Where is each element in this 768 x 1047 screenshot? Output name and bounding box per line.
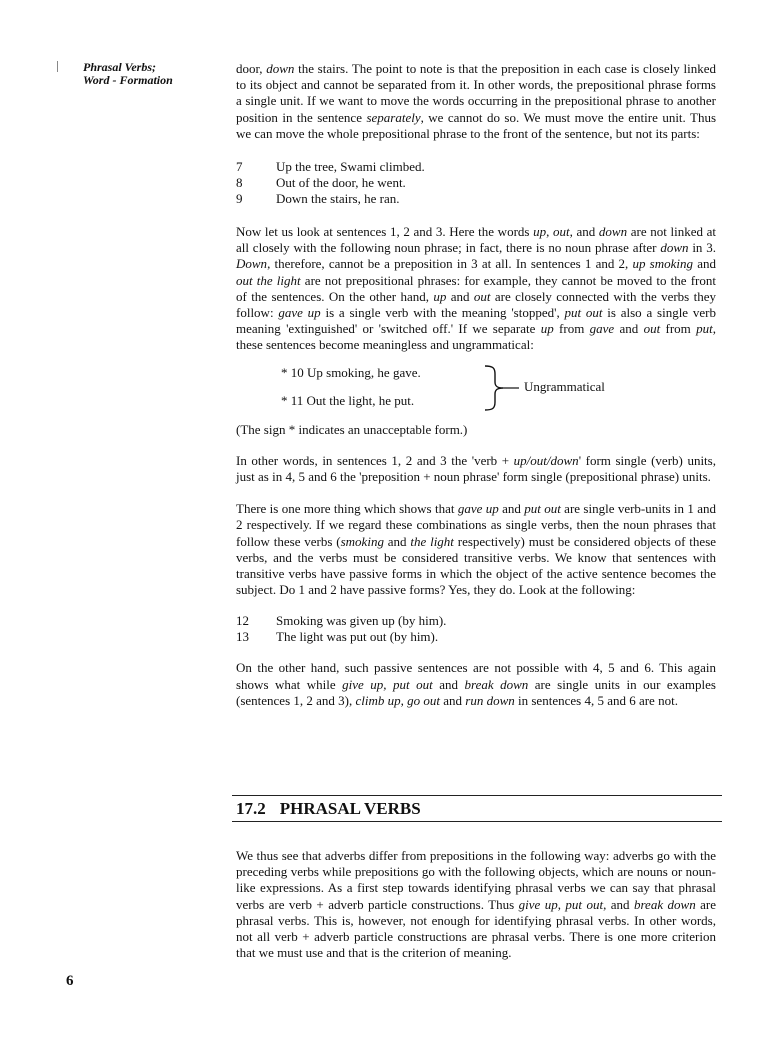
margin-mark bbox=[57, 61, 58, 72]
section-heading: 17.2PHRASAL VERBS bbox=[232, 795, 722, 822]
ungrammatical-examples: * 10 Up smoking, he gave. * 11 Out the l… bbox=[281, 360, 716, 414]
example-item: 9Down the stairs, he ran. bbox=[236, 191, 716, 207]
example-item: 8Out of the door, he went. bbox=[236, 175, 716, 191]
example-list-7-9: 7Up the tree, Swami climbed. 8Out of the… bbox=[236, 159, 716, 207]
ungrammatical-label: Ungrammatical bbox=[524, 379, 605, 395]
running-head-line2: Word - Formation bbox=[83, 74, 173, 87]
paragraph-transitive: There is one more thing which shows that… bbox=[236, 501, 716, 598]
running-head: Phrasal Verbs; Word - Formation bbox=[83, 61, 173, 87]
section-body: We thus see that adverbs differ from pre… bbox=[236, 848, 716, 961]
page-number: 6 bbox=[66, 973, 74, 990]
paragraph-phrasal-verbs: We thus see that adverbs differ from pre… bbox=[236, 848, 716, 961]
section-number: 17.2 bbox=[236, 799, 266, 818]
example-item: 7Up the tree, Swami climbed. bbox=[236, 159, 716, 175]
asterisk-note: (The sign * indicates an unacceptable fo… bbox=[236, 422, 716, 438]
example-list-12-13: 12Smoking was given up (by him). 13The l… bbox=[236, 613, 716, 645]
example-item: 12Smoking was given up (by him). bbox=[236, 613, 716, 629]
paragraph-prepositional-phrase: door, down the stairs. The point to note… bbox=[236, 61, 716, 142]
paragraph-passive: On the other hand, such passive sentence… bbox=[236, 660, 716, 709]
paragraph-single-units: In other words, in sentences 1, 2 and 3 … bbox=[236, 453, 716, 485]
example-item: 13The light was put out (by him). bbox=[236, 629, 716, 645]
main-text: door, down the stairs. The point to note… bbox=[236, 61, 716, 709]
ungrammatical-example-11: * 11 Out the light, he put. bbox=[281, 393, 414, 409]
section-title: PHRASAL VERBS bbox=[280, 799, 421, 818]
right-brace-icon bbox=[481, 364, 523, 412]
ungrammatical-example-10: * 10 Up smoking, he gave. bbox=[281, 365, 421, 381]
paragraph-sentences-1-3: Now let us look at sentences 1, 2 and 3.… bbox=[236, 224, 716, 354]
